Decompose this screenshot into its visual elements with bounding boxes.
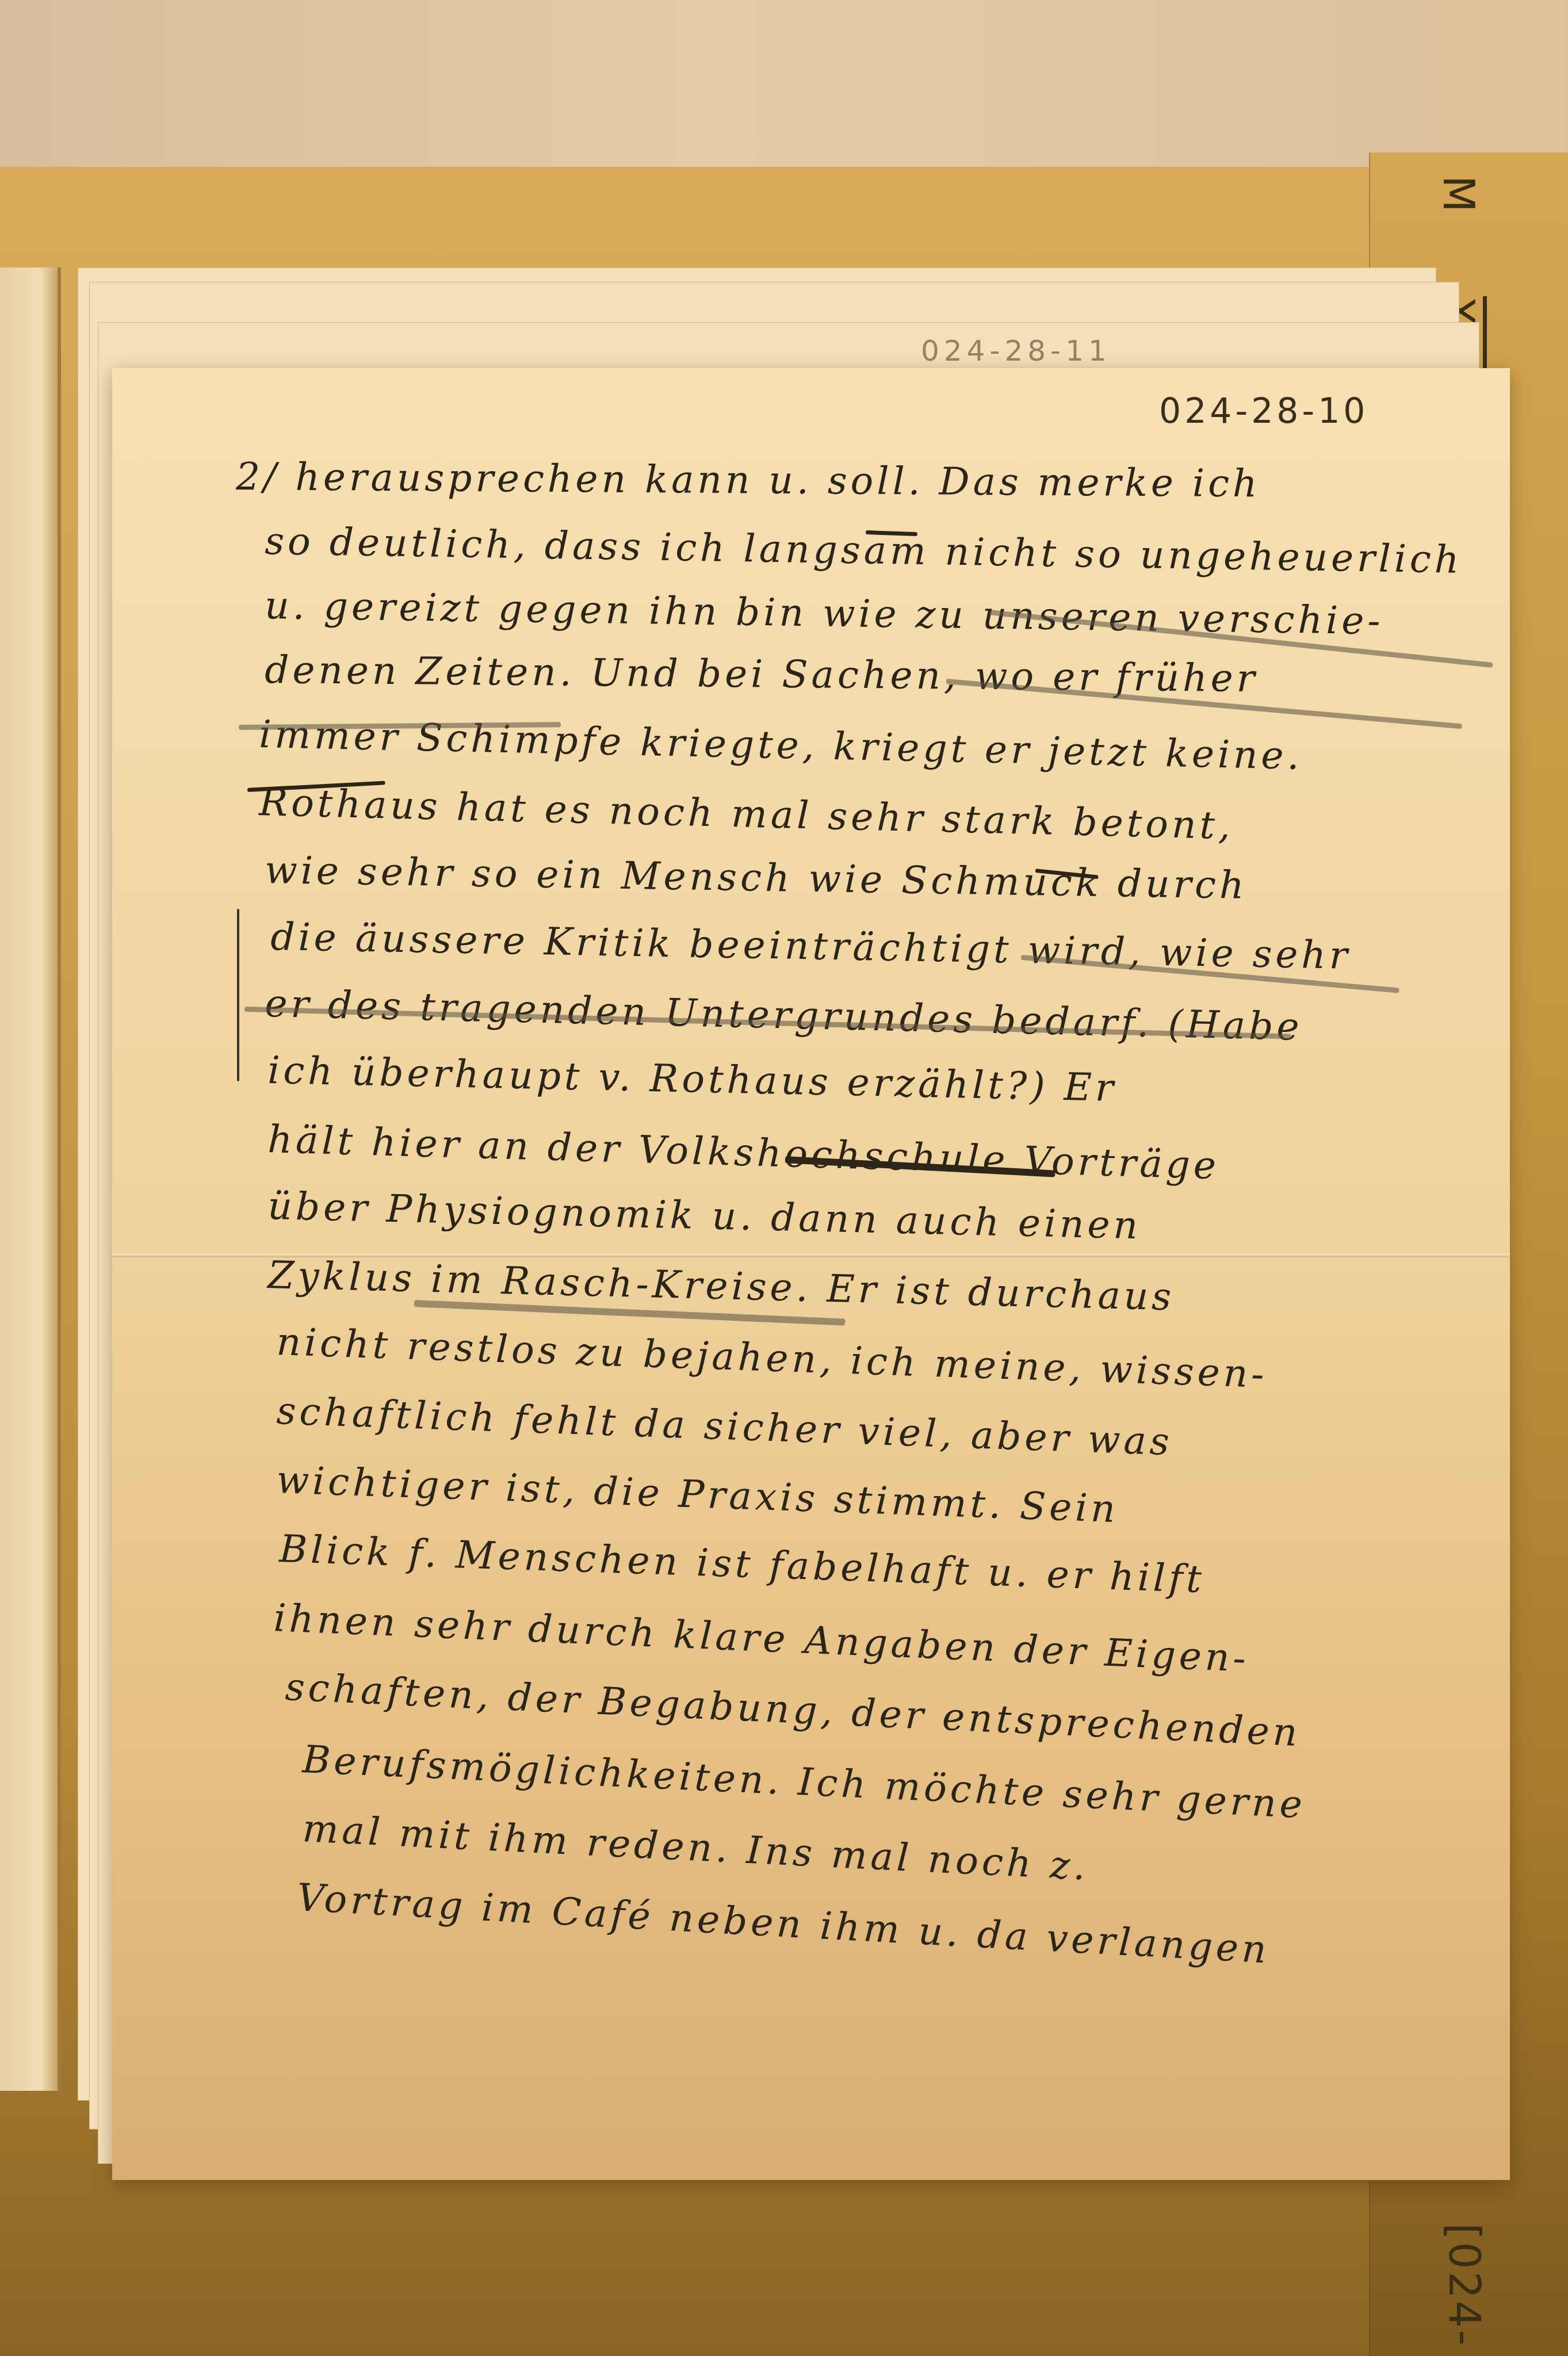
folder-series-label: M [1433,175,1483,215]
text-line: denen Zeiten. Und bei Sachen, wo er früh… [264,648,1258,725]
adjacent-document-stack [0,267,61,2091]
background-surface [0,0,1568,173]
folder-bottom-number: [024- [1439,2223,1489,2348]
margin-mark [237,909,239,1081]
letter-page: 024-28-10 2/ herausprechen kann u. soll.… [112,368,1510,2180]
text-line: 2/ herausprechen kann u. soll. Das merke… [236,454,1261,530]
archive-number: 024-28-10 [1159,391,1369,431]
archive-number-previous: 024-28-11 [921,334,1111,368]
